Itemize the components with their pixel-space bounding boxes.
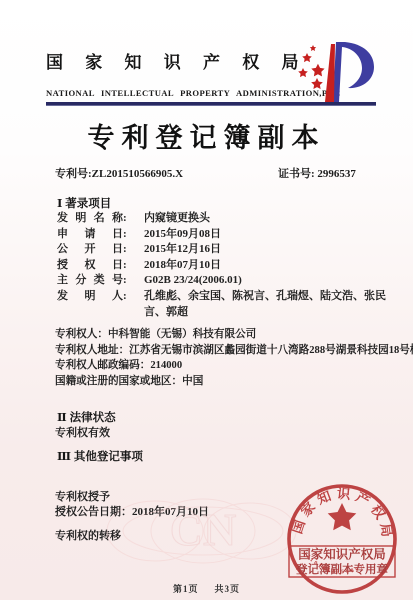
holder-colon: ： [140, 360, 151, 371]
bibliographic-fields: 发明名称: 内窥镜更换头 申请日: 2015年09月08日 公开日: 2015年… [57, 211, 407, 320]
section3-heading: Ⅲ 其他登记事项 [57, 448, 143, 464]
holder-colon: ： [97, 329, 108, 340]
section1-heading: Ⅰ 著录项目 [57, 195, 111, 211]
field-row: 主分类号: G02B 23/24(2006.01) [57, 273, 407, 289]
holder-label: 专利权人地址 [55, 345, 119, 356]
grant-date-line: 授权公告日期：2018年07月10日 [55, 503, 209, 519]
certificate-number-value: 2996537 [317, 168, 356, 180]
holder-colon: ： [172, 376, 183, 387]
field-colon: : [123, 289, 129, 305]
certificate-number-label: 证书号: [278, 168, 315, 180]
field-value: 2015年12月16日 [144, 242, 402, 258]
agency-name-cn: 国 家 知 识 产 权 局 [46, 48, 308, 73]
holder-value: 214000 [150, 360, 182, 371]
field-label: 主分类号 [57, 273, 123, 289]
field-label: 发明人 [57, 289, 123, 305]
field-value: 2015年09月08日 [144, 227, 402, 243]
field-colon: : [123, 227, 129, 243]
field-row: 公开日: 2015年12月16日 [57, 242, 407, 258]
holder-value: 中国 [182, 376, 203, 387]
holder-row: 专利权人：中科智能（无锡）科技有限公司 [55, 327, 411, 343]
certificate-number: 证书号: 2996537 [278, 165, 356, 181]
field-label: 授权日 [57, 258, 123, 274]
patent-number: 专利号:ZL201510566905.X [55, 165, 183, 181]
field-colon: : [123, 258, 129, 274]
footer-page: 第1页 [173, 584, 199, 594]
seal-star-icon [328, 503, 357, 530]
field-value: 内窥镜更换头 [144, 211, 402, 227]
field-row: 发明人: 孔维彪、余宝国、陈祝言、孔瑞煜、陆文浩、张民言、郭超 [57, 289, 407, 320]
patent-holder-block: 专利权人：中科智能（无锡）科技有限公司 专利权人地址：江苏省无锡市滨湖区蠡园街道… [55, 327, 411, 389]
field-colon: : [123, 211, 129, 227]
field-value: G02B 23/24(2006.01) [144, 273, 402, 289]
holder-colon: ： [119, 345, 130, 356]
agency-name-en: NATIONAL INTELLECTUAL PROPERTY ADMINISTR… [46, 88, 341, 98]
holder-row: 专利权人地址：江苏省无锡市滨湖区蠡园街道十八湾路288号湖景科技园18号楼 [55, 343, 411, 359]
holder-value: 江苏省无锡市滨湖区蠡园街道十八湾路288号湖景科技园18号楼 [129, 345, 413, 356]
field-row: 授权日: 2018年07月10日 [57, 258, 407, 274]
field-colon: : [123, 273, 129, 289]
field-label: 申请日 [57, 227, 123, 243]
nipa-logo-icon [298, 40, 384, 104]
patent-number-label: 专利号: [55, 168, 92, 180]
holder-value: 中科智能（无锡）科技有限公司 [108, 329, 256, 340]
field-row: 申请日: 2015年09月08日 [57, 227, 407, 243]
holder-row: 专利权人邮政编码：214000 [55, 358, 411, 374]
section2-heading: Ⅱ 法律状态 [57, 409, 116, 425]
holder-label: 国籍或注册的国家或地区 [55, 376, 172, 387]
document-title: 专利登记簿副本 [0, 116, 413, 155]
transfer-title: 专利权的转移 [55, 527, 121, 543]
guilloche-watermark: CN [95, 483, 310, 578]
field-label: 公开日 [57, 242, 123, 258]
grant-title: 专利权授予 [55, 488, 110, 504]
field-value: 孔维彪、余宝国、陈祝言、孔瑞煜、陆文浩、张民言、郭超 [144, 289, 402, 320]
patent-number-value: ZL201510566905.X [92, 168, 183, 180]
holder-label: 专利权人 [55, 329, 97, 340]
header-divider [46, 102, 376, 106]
field-colon: : [123, 242, 129, 258]
holder-label: 专利权人邮政编码 [55, 360, 140, 371]
field-row: 发明名称: 内窥镜更换头 [57, 211, 407, 227]
patent-register-copy-page: { "header": { "agency_cn": "国 家 知 识 产 权 … [0, 0, 413, 600]
legal-status: 专利权有效 [55, 424, 110, 440]
field-value: 2018年07月10日 [144, 258, 402, 274]
footer-total: 共3页 [215, 584, 241, 594]
field-label: 发明名称 [57, 211, 123, 227]
holder-row: 国籍或注册的国家或地区：中国 [55, 374, 411, 390]
page-footer: 第1页共3页 [0, 582, 413, 595]
